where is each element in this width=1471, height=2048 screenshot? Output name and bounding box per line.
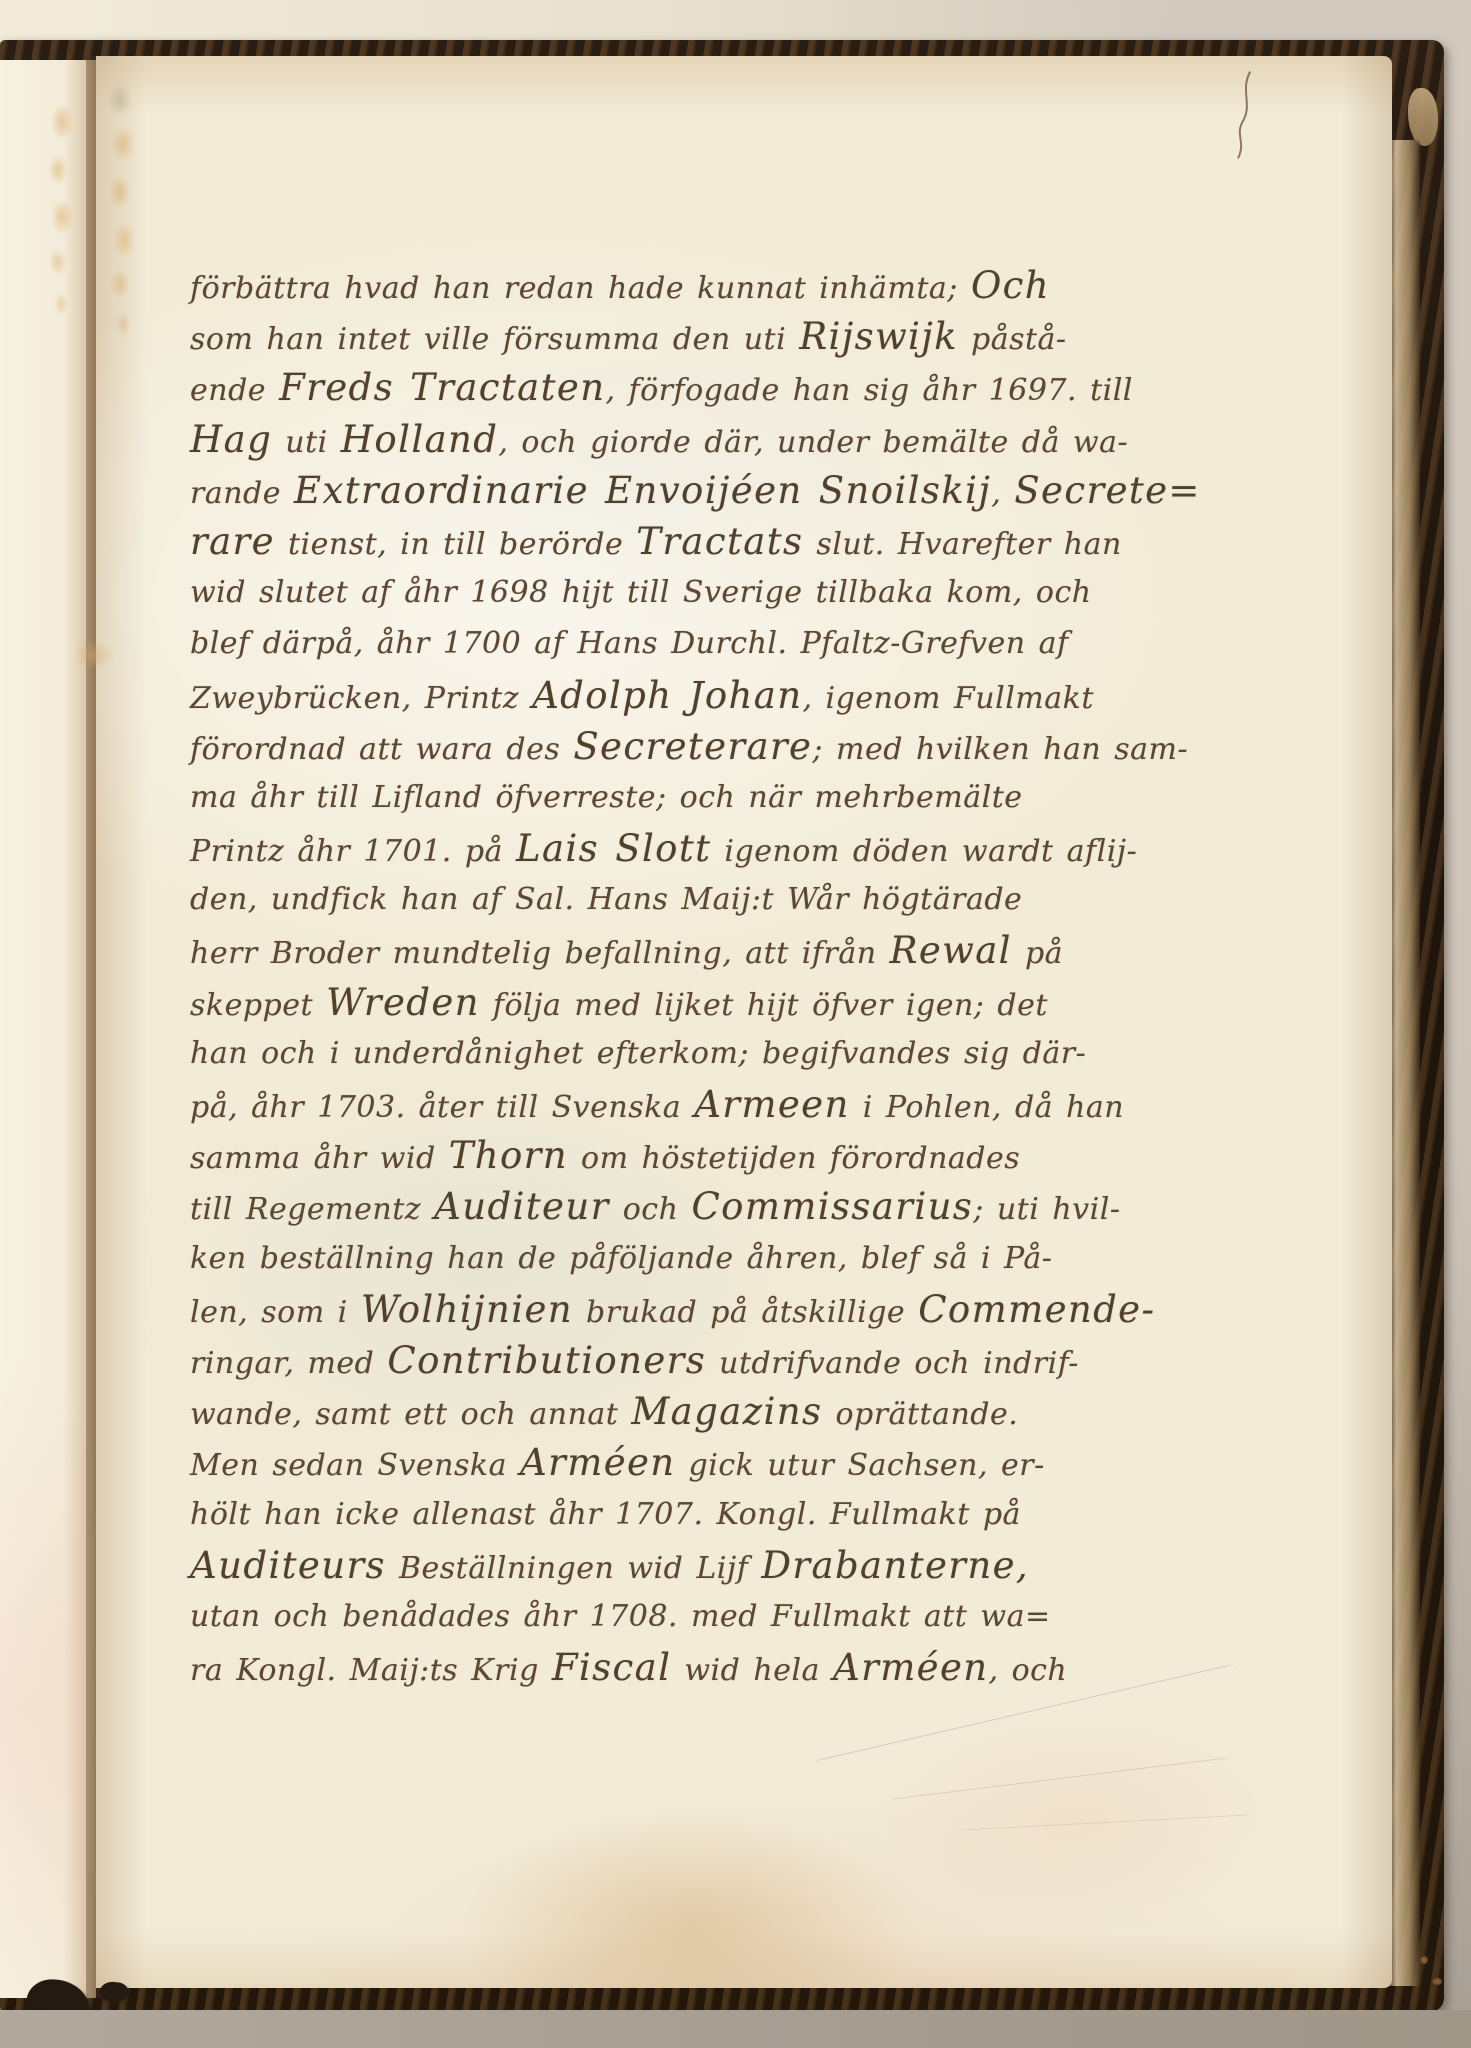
- handwritten-text-segment: wande, samt ett och annat: [190, 1397, 631, 1432]
- handwritten-text-segment: ra Kongl. Maij:ts Krig: [190, 1653, 552, 1688]
- water-stains: [28, 52, 168, 362]
- manuscript-line: Auditeurs Beställningen wid Lijf Drabant…: [190, 1540, 1010, 1591]
- handwritten-text-segment: Auditeurs: [190, 1544, 386, 1587]
- handwritten-text-segment: Magazins: [631, 1390, 822, 1433]
- handwritten-text-segment: brukad på åtskillige: [573, 1295, 918, 1330]
- handwritten-text-segment: wid hela: [671, 1653, 833, 1688]
- handwritten-text-segment: , förfogade han sig åhr 1697. till: [605, 373, 1132, 408]
- handwritten-text-segment: samma åhr wid: [190, 1141, 449, 1176]
- handwritten-text-segment: uti: [272, 425, 341, 460]
- manuscript-line: förbättra hvad han redan hade kunnat inh…: [190, 260, 1010, 311]
- handwritten-text-segment: oprättande.: [822, 1397, 1018, 1432]
- handwritten-text-segment: wid slutet af åhr 1698 hijt till Sverige…: [190, 575, 1092, 610]
- manuscript-line: ende Freds Tractaten, förfogade han sig …: [190, 362, 1010, 413]
- handwritten-text-segment: Thorn: [449, 1134, 568, 1177]
- manuscript-scan: { "colors": { "ink": "#5b4732", "page": …: [0, 0, 1471, 2048]
- manuscript-line: Zweybrücken, Printz Adolph Johan, igenom…: [190, 670, 1010, 721]
- manuscript-line: ma åhr till Lifland öfverreste; och när …: [190, 772, 1010, 823]
- handwritten-text-segment: , igenom Fullmakt: [802, 681, 1093, 716]
- handwritten-text-segment: Beställningen wid Lijf: [386, 1551, 761, 1586]
- handwritten-text-segment: Secreterare: [573, 725, 812, 768]
- manuscript-line: herr Broder mundtelig befallning, att if…: [190, 925, 1010, 976]
- manuscript-line: len, som i Wolhijnien brukad på åtskilli…: [190, 1284, 1010, 1335]
- manuscript-line: rare tienst, in till berörde Tractats sl…: [190, 516, 1010, 567]
- manuscript-line: utan och benådades åhr 1708. med Fullmak…: [190, 1591, 1010, 1642]
- handwritten-text-segment: till Regementz: [190, 1192, 434, 1227]
- manuscript-line: han och i underdånighet efterkom; begifv…: [190, 1028, 1010, 1079]
- handwritten-text-segment: som han intet ville försumma den uti: [190, 322, 799, 357]
- handwritten-text-segment: utan och benådades åhr 1708. med Fullmak…: [190, 1599, 1051, 1634]
- binding-tack: [1432, 1978, 1442, 1985]
- manuscript-line: som han intet ville försumma den uti Rij…: [190, 311, 1010, 362]
- handwritten-text-segment: igenom döden wardt aflij-: [711, 834, 1137, 869]
- handwritten-text-segment: om höstetijden förordnades: [568, 1141, 1020, 1176]
- handwritten-text-segment: Commissarius: [691, 1185, 973, 1228]
- handwritten-text-segment: slut. Hvarefter han: [803, 527, 1121, 562]
- handwritten-text-segment: blef därpå, åhr 1700 af Hans Durchl. Pfa…: [190, 626, 1069, 661]
- handwritten-text-segment: tienst, in till berörde: [275, 527, 636, 562]
- handwritten-text-segment: Arméen: [833, 1646, 989, 1689]
- handwritten-text-segment: Zweybrücken, Printz: [190, 681, 532, 716]
- handwritten-text-segment: Auditeur: [434, 1185, 610, 1228]
- handwritten-text-segment: ; uti hvil-: [973, 1192, 1120, 1227]
- small-stain: [74, 640, 114, 670]
- handwritten-text-segment: Adolph Johan: [532, 674, 802, 717]
- handwritten-text-segment: ringar, med: [190, 1346, 387, 1381]
- manuscript-line: hölt han icke allenast åhr 1707. Kongl. …: [190, 1489, 1010, 1540]
- manuscript-line: förordnad att wara des Secreterare; med …: [190, 721, 1010, 772]
- handwritten-text-segment: gick utur Sachsen, er-: [676, 1448, 1045, 1483]
- handwritten-text-segment: Freds Tractaten: [279, 366, 605, 409]
- manuscript-line: på, åhr 1703. åter till Svenska Armeen i…: [190, 1079, 1010, 1130]
- handwritten-text-segment: herr Broder mundtelig befallning, att if…: [190, 936, 890, 971]
- handwritten-text-segment: Secrete=: [1014, 469, 1201, 512]
- handwritten-text-segment: ,: [991, 476, 1014, 511]
- handwritten-text-segment: Holland: [341, 418, 499, 461]
- handwritten-text-segment: Tractats: [636, 520, 803, 563]
- handwritten-text-segment: , och giorde där, under bemälte då wa-: [498, 425, 1128, 460]
- manuscript-line: wande, samt ett och annat Magazins oprät…: [190, 1386, 1010, 1437]
- handwritten-text-segment: rare: [190, 520, 275, 563]
- manuscript-line: wid slutet af åhr 1698 hijt till Sverige…: [190, 567, 1010, 618]
- manuscript-line: rande Extraordinarie Envoijéen Snoilskij…: [190, 465, 1010, 516]
- handwritten-text-segment: och: [610, 1192, 692, 1227]
- handwritten-text-segment: hölt han icke allenast åhr 1707. Kongl. …: [190, 1497, 1021, 1532]
- handwritten-text-segment: Extraordinarie Envoijéen Snoilskij: [294, 469, 991, 512]
- manuscript-line: ken beställning han de påföljande åhren,…: [190, 1233, 1010, 1284]
- handwritten-text-segment: utdrifvande och indrif-: [706, 1346, 1079, 1381]
- handwritten-text-segment: påstå-: [958, 322, 1067, 357]
- handwritten-text-segment: Och: [971, 264, 1050, 307]
- handwritten-text-segment: Drabanterne,: [761, 1544, 1029, 1587]
- handwritten-text-segment: Commende-: [918, 1288, 1155, 1331]
- manuscript-line: den, undfick han af Sal. Hans Maij:t Wår…: [190, 874, 1010, 925]
- manuscript-line: ringar, med Contributioners utdrifvande …: [190, 1335, 1010, 1386]
- handwritten-text-segment: på, åhr 1703. åter till Svenska: [190, 1090, 694, 1125]
- handwritten-text-segment: på: [1012, 936, 1063, 971]
- manuscript-line: blef därpå, åhr 1700 af Hans Durchl. Pfa…: [190, 618, 1010, 669]
- handwritten-text-segment: följa med lijket hijt öfver igen; det: [480, 988, 1048, 1023]
- handwritten-text-segment: förordnad att wara des: [190, 732, 573, 767]
- handwritten-text-segment: Hag: [190, 418, 272, 461]
- handwritten-text-segment: han och i underdånighet efterkom; begifv…: [190, 1036, 1086, 1071]
- handwritten-text-segment: Printz åhr 1701. på: [190, 834, 516, 869]
- manuscript-line: till Regementz Auditeur och Commissarius…: [190, 1181, 1010, 1232]
- scanner-background-top: [0, 0, 1471, 42]
- manuscript-line: ra Kongl. Maij:ts Krig Fiscal wid hela A…: [190, 1642, 1010, 1693]
- manuscript-line: samma åhr wid Thorn om höstetijden föror…: [190, 1130, 1010, 1181]
- handwritten-text-segment: förbättra hvad han redan hade kunnat inh…: [190, 271, 971, 306]
- handwritten-text-segment: Rewal: [890, 929, 1012, 972]
- handwritten-text-segment: , och: [989, 1653, 1068, 1688]
- handwritten-text-segment: den, undfick han af Sal. Hans Maij:t Wår…: [190, 882, 1022, 917]
- handwritten-text-segment: Wolhijnien: [361, 1288, 573, 1331]
- manuscript-line: Hag uti Holland, och giorde där, under b…: [190, 414, 1010, 465]
- manuscript-line: Printz åhr 1701. på Lais Slott igenom dö…: [190, 823, 1010, 874]
- handwritten-text-segment: Lais Slott: [516, 827, 711, 870]
- binding-tack: [1420, 1956, 1428, 1964]
- handwritten-text-segment: ende: [190, 373, 279, 408]
- handwritten-text-segment: skeppet: [190, 988, 326, 1023]
- handwritten-text-segment: Fiscal: [552, 1646, 672, 1689]
- handwritten-text-segment: ; med hvilken han sam-: [812, 732, 1188, 767]
- scanner-background-bottom: [0, 2010, 1471, 2048]
- handwritten-text-segment: len, som i: [190, 1295, 361, 1330]
- manuscript-line: skeppet Wreden följa med lijket hijt öfv…: [190, 977, 1010, 1028]
- handwritten-text-segment: rande: [190, 476, 294, 511]
- handwritten-text-segment: ma åhr till Lifland öfverreste; och när …: [190, 780, 1023, 815]
- handwritten-text-segment: Men sedan Svenska: [190, 1448, 520, 1483]
- handwritten-text-segment: Rijswijk: [799, 315, 958, 358]
- cover-wear-patch: [1408, 88, 1438, 146]
- manuscript-text: förbättra hvad han redan hade kunnat inh…: [190, 260, 1010, 1693]
- handwritten-text-segment: Arméen: [520, 1441, 676, 1484]
- handwritten-text-segment: Wreden: [326, 981, 480, 1024]
- handwritten-text-segment: Armeen: [694, 1083, 850, 1126]
- handwritten-text-segment: i Pohlen, då han: [850, 1090, 1124, 1125]
- handwritten-text-segment: Contributioners: [387, 1339, 706, 1382]
- handwritten-text-segment: ken beställning han de påföljande åhren,…: [190, 1241, 1052, 1276]
- manuscript-line: Men sedan Svenska Arméen gick utur Sachs…: [190, 1437, 1010, 1488]
